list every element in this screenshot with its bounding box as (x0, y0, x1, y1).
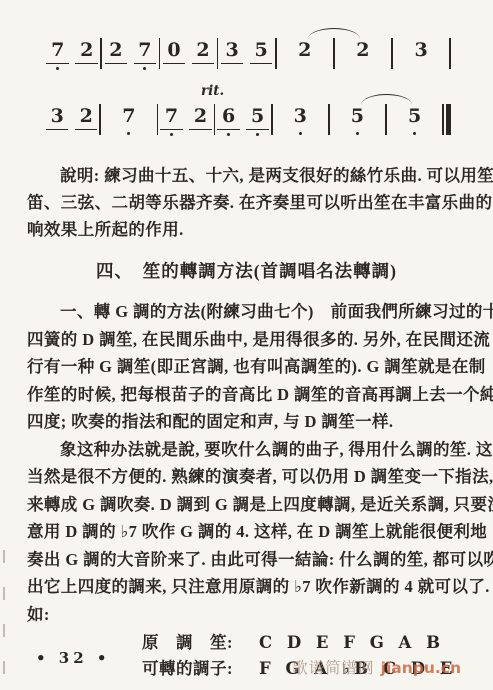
jianpu-note: 5 (407, 106, 422, 138)
eighth-underline (192, 61, 215, 64)
note-digit: 2 (80, 106, 93, 127)
watermark: 歌谱简谱网jianpu.cn (292, 656, 461, 678)
text-line: 出它上四度的調来, 只注意用原調的 ♭7 吹作新調的 4 就可以了. (27, 573, 467, 601)
jianpu-note: 7 (137, 40, 152, 73)
eighth-underline (46, 127, 69, 130)
text-line: 一、轉 G 調的方法(附練习曲七个) 前面我們所練习过的十 (27, 298, 467, 326)
text-line: 笛、三弦、二胡等乐器齐奏. 在齐奏里可以听出笙在丰富乐曲的音 (27, 189, 467, 216)
text-line: 象这种办法就是說, 要吹什么調的曲子, 得用什么調的笙. 这 (27, 436, 467, 464)
measure: 7 (101, 104, 156, 138)
octave-dot-row (413, 129, 416, 138)
jianpu-note: 5 (254, 40, 269, 73)
text-line: 行有一种 G 調笙(即正宮調, 也有叫高調笙的). G 調笙就是在制 (27, 353, 467, 381)
eighth-underline (75, 127, 98, 130)
eighth-underline (163, 61, 186, 64)
octave-dot-row (56, 64, 59, 73)
eighth-underline (250, 61, 273, 64)
score-line: 72270235223 (44, 38, 451, 80)
note-digit: 7 (138, 40, 151, 61)
note-digit: 2 (194, 106, 207, 127)
scale-row-label: 可轉的調子: (142, 656, 245, 682)
low-octave-dot (299, 132, 302, 135)
eighth-underline (105, 61, 128, 64)
page-number: • 32 • (36, 649, 111, 667)
book-page: 722702352233277265355rit. 說明: 練习曲十五、十六, … (0, 0, 493, 690)
underline-spacer (297, 61, 312, 63)
measure: 5 (387, 104, 442, 138)
final-barline (442, 104, 451, 135)
jianpu-note: 6 (221, 106, 236, 139)
watermark-site-url: jianpu.cn (381, 659, 461, 677)
measure: 65 (215, 104, 270, 139)
octave-dot-row (299, 129, 302, 138)
section-heading: 四、 笙的轉調方法(首調唱名法轉調) (0, 258, 493, 283)
jianpu-score: 722702352233277265355rit. (44, 38, 451, 146)
low-octave-dot (127, 132, 130, 135)
measure: 32 (44, 104, 99, 139)
note-digit: 7 (122, 106, 135, 127)
jianpu-note: 3 (414, 40, 429, 72)
note-digit: 5 (255, 40, 268, 61)
measure: 27 (102, 38, 158, 73)
jianpu-note: 3 (50, 106, 65, 139)
jianpu-note: 2 (297, 40, 312, 72)
note-digit: 2 (356, 40, 369, 61)
measure: 3 (273, 104, 328, 138)
scan-edge-marks (3, 550, 5, 690)
jianpu-note: 3 (293, 106, 308, 138)
octave-dot-row (170, 130, 173, 139)
octave-dot-row (356, 129, 359, 138)
measure: 3 (393, 38, 449, 72)
note-digit: 3 (414, 40, 427, 61)
underline-spacer (355, 61, 370, 63)
measure: 2 (277, 38, 333, 72)
text-line: 来轉成 G 調吹奏. D 調到 G 調是上四度轉調, 是近关系調, 只要注 (27, 491, 467, 519)
text-line: 如: (27, 601, 467, 629)
tie-arc (308, 28, 360, 39)
scale-row-label: 原 調 笙: (142, 630, 245, 656)
note-digit: 0 (167, 40, 180, 61)
note-digit: 7 (165, 106, 178, 127)
note-digit: 2 (109, 40, 122, 61)
low-octave-dot (170, 133, 173, 136)
octave-dot-row (127, 129, 130, 138)
low-octave-dot (256, 133, 259, 136)
explanation-paragraph: 說明: 練习曲十五、十六, 是两支很好的絲竹乐曲. 可以用笙、笛、三弦、二胡等乐… (27, 162, 467, 243)
body-paragraph: 一、轉 G 調的方法(附練习曲七个) 前面我們所練习过的十四簧的 D 調笙, 在… (27, 298, 467, 628)
jianpu-note: 5 (250, 106, 265, 139)
jianpu-note: 2 (355, 40, 370, 72)
octave-dot-row (227, 130, 230, 139)
eighth-underline (189, 127, 212, 130)
note-digit: 5 (351, 106, 364, 127)
text-line: 四度; 吹奏的指法和配的固定和声, 与 D 調笙一样. (27, 408, 467, 436)
measure: 02 (160, 38, 216, 73)
jianpu-note: 2 (196, 40, 211, 73)
text-line: 說明: 練习曲十五、十六, 是两支很好的絲竹乐曲. 可以用笙、 (27, 162, 467, 189)
measure: 72 (44, 38, 100, 73)
note-digit: 7 (51, 40, 64, 61)
note-digit: 3 (226, 40, 239, 61)
eighth-underline (221, 61, 244, 64)
jianpu-note: 3 (225, 40, 240, 73)
jianpu-note: 7 (121, 106, 136, 138)
low-octave-dot (356, 132, 359, 135)
note-digit: 2 (196, 40, 209, 61)
scale-row-notes: C D E F G A B (259, 630, 445, 656)
final-barline-thick (446, 104, 451, 135)
low-octave-dot (413, 132, 416, 135)
text-line: 四簧的 D 調笙, 在民間乐曲中, 是用得很多的. 另外, 在民間还流 (27, 326, 467, 354)
jianpu-note: 2 (79, 106, 94, 139)
scale-row: 原 調 笙:C D E F G A B (142, 630, 493, 656)
text-line: 意用 D 調的 ♭7 吹作 G 調的 4. 这样, 在 D 調笙上就能很便利地 (27, 518, 467, 546)
jianpu-note: 7 (50, 40, 65, 73)
jianpu-note: 7 (164, 106, 179, 139)
measure: 35 (218, 38, 274, 73)
jianpu-note: 2 (79, 40, 94, 73)
text-line: 作笙的时候, 把每根苗子的音高比 D 調笙的音高再調上去一个純 (27, 381, 467, 409)
low-octave-dot (227, 133, 230, 136)
text-line: 当然是很不方便的. 熟練的演奏者, 可以仍用 D 調笙变一下指法, (27, 463, 467, 491)
page-root: { "theme": { "ink": "#2a2622", "paper": … (0, 0, 493, 690)
measure: 5 (330, 104, 385, 138)
jianpu-note: 0 (167, 40, 182, 73)
underline-spacer (414, 61, 429, 63)
note-digit: 3 (51, 106, 64, 127)
note-digit: 2 (298, 40, 311, 61)
note-digit: 3 (294, 106, 307, 127)
low-octave-dot (56, 67, 59, 70)
note-digit: 6 (222, 106, 235, 127)
text-line: 响效果上所起的作用. (27, 216, 467, 243)
jianpu-note: 5 (350, 106, 365, 138)
watermark-site-name: 歌谱简谱网 (292, 659, 375, 677)
note-digit: 5 (251, 106, 264, 127)
octave-dot-row (256, 130, 259, 139)
jianpu-note: 2 (193, 106, 208, 139)
final-barline-thin (442, 104, 444, 135)
octave-dot-row (143, 64, 146, 73)
note-digit: 5 (408, 106, 421, 127)
note-digit: 2 (80, 40, 93, 61)
score-line: 3277265355rit. (44, 104, 451, 146)
measure: 2 (335, 38, 391, 72)
low-octave-dot (143, 67, 146, 70)
measure: 72 (158, 104, 213, 139)
eighth-underline (75, 61, 98, 64)
jianpu-note: 2 (108, 40, 123, 73)
barline (449, 38, 451, 69)
tie-arc (361, 94, 412, 105)
text-line: 奏出 G 調的大音阶来了. 由此可得一結論: 什么調的笙, 都可以吹 (27, 546, 467, 574)
rit-marking: rit. (201, 83, 224, 99)
